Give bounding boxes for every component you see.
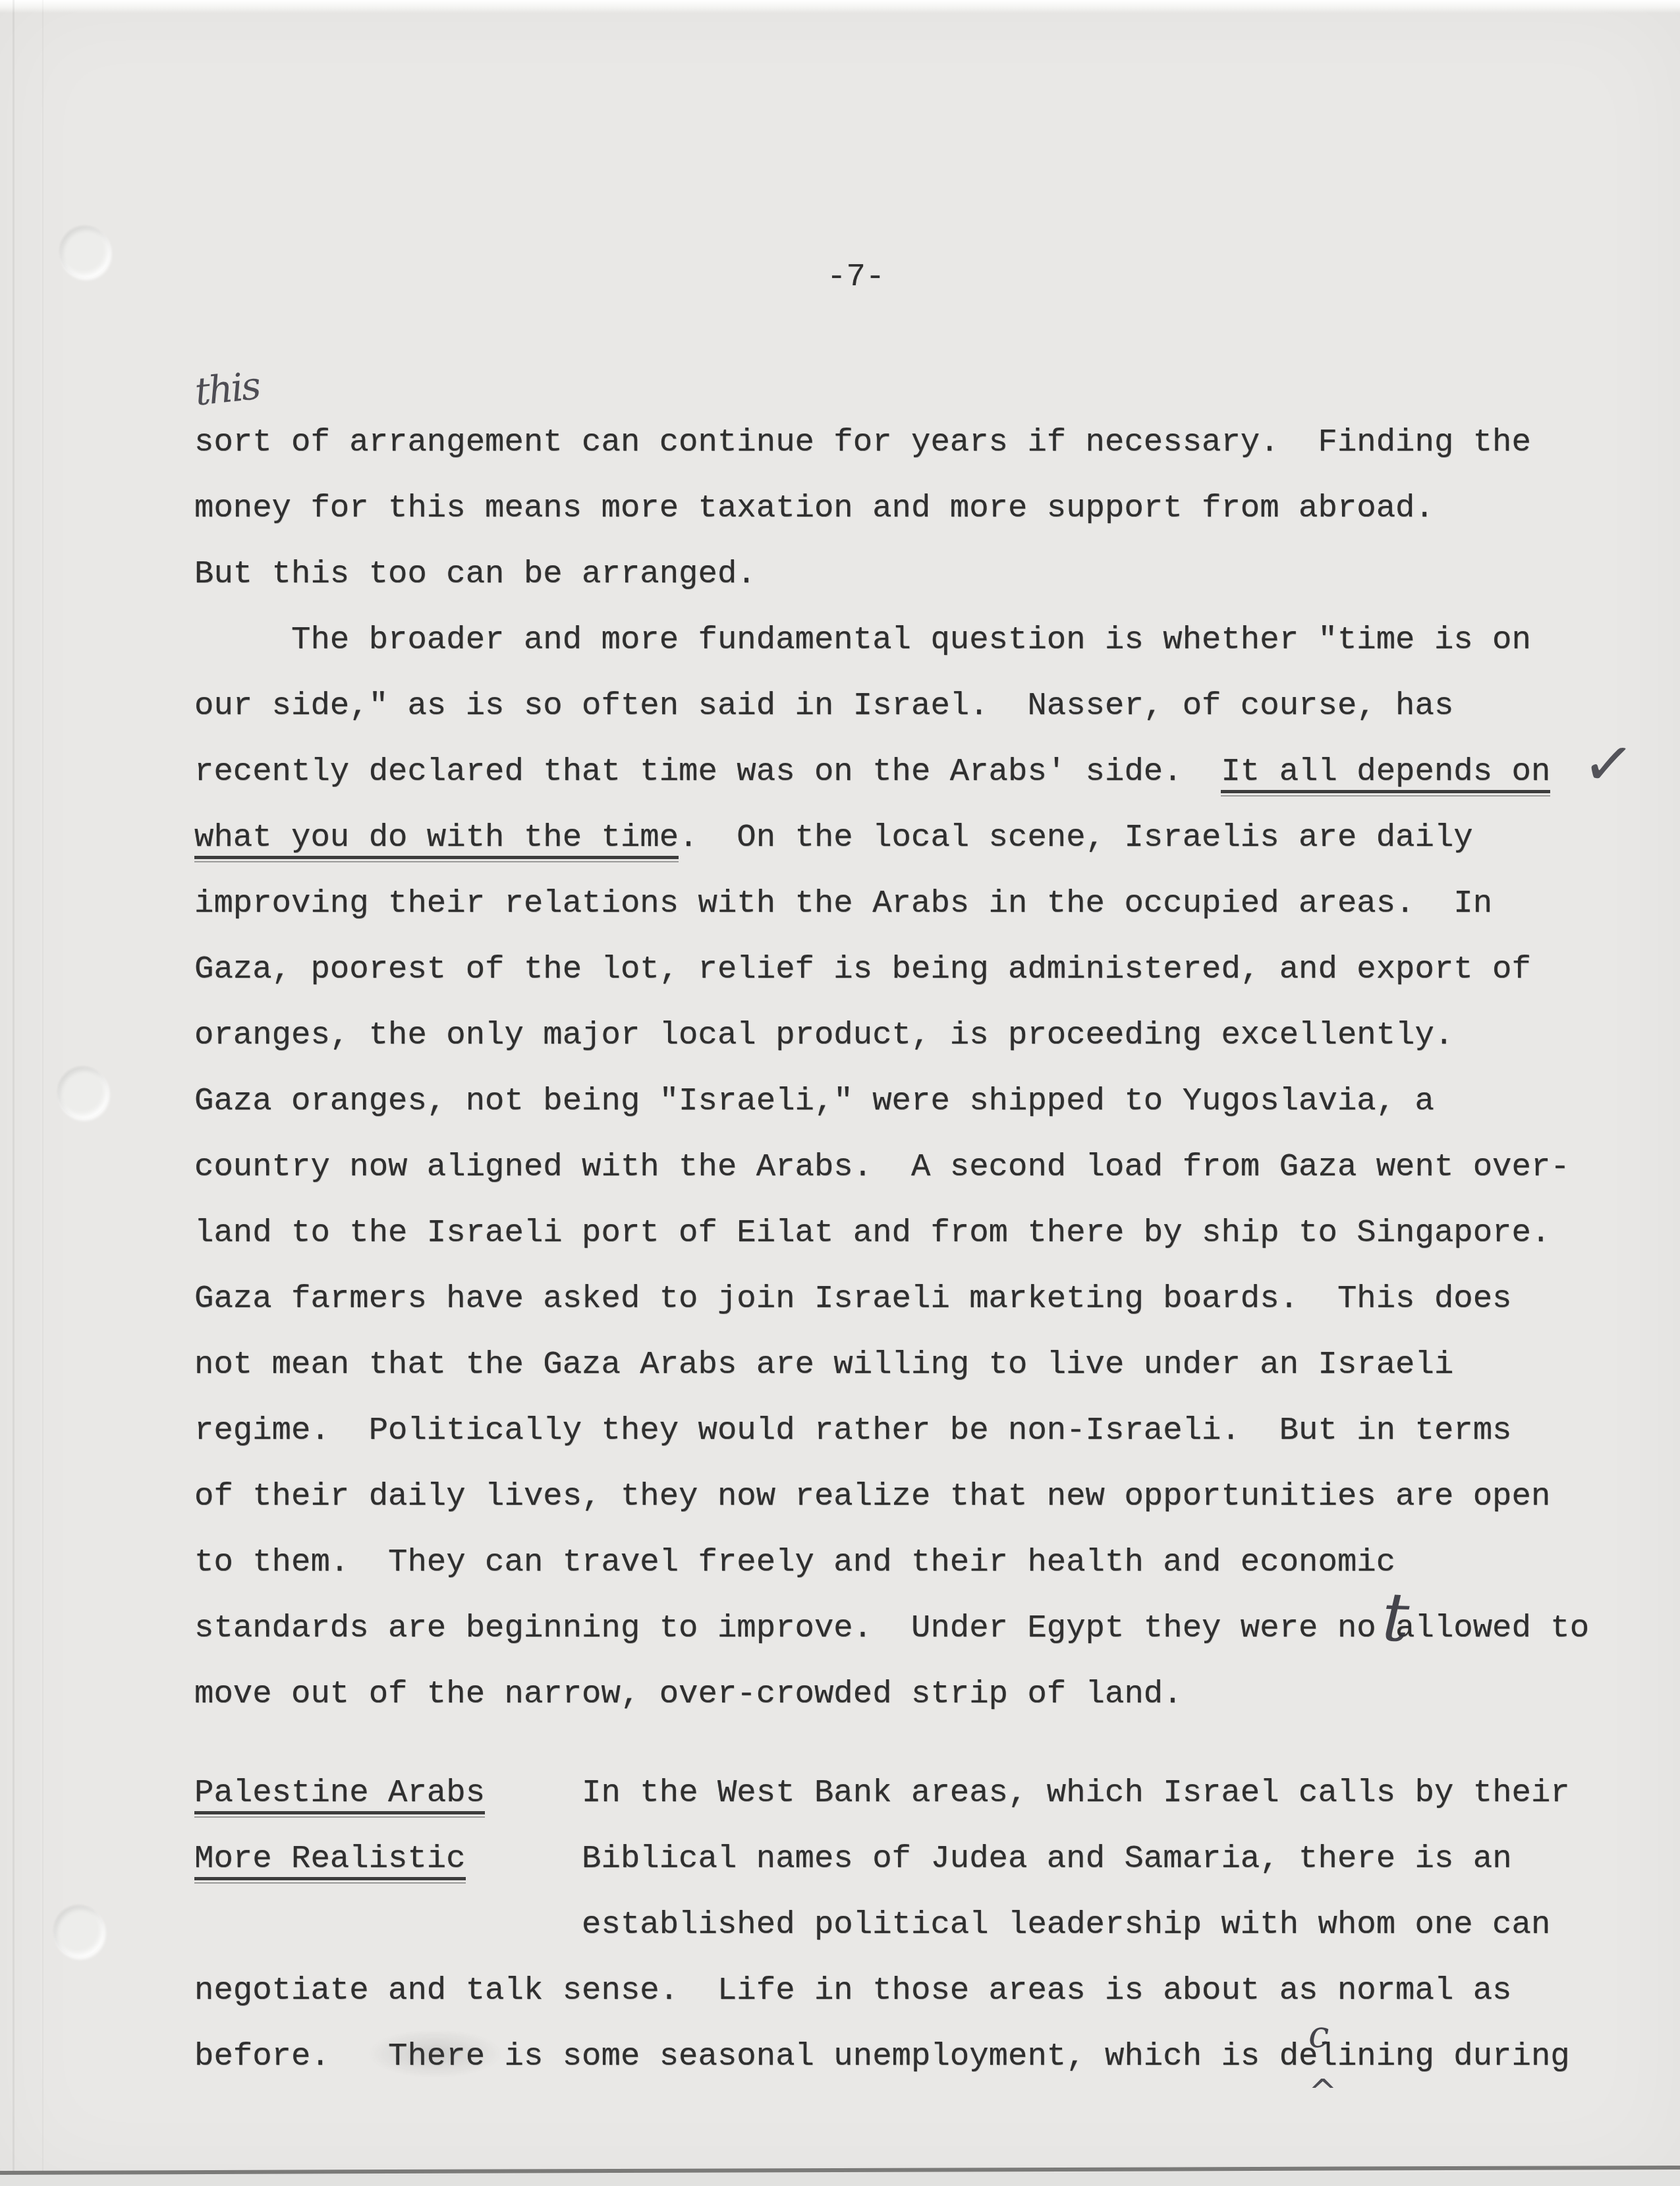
scanned-page: -7- sort of arrangement can continue for… [0, 0, 1680, 2186]
handwritten-t-annotation: t [1381, 1578, 1411, 1657]
paper-crease-line [42, 0, 43, 2186]
line-text: But this too can be arranged. [194, 555, 756, 592]
line-text: money for this means more taxation and m… [194, 490, 1434, 526]
paper-crease-line [13, 0, 14, 2186]
overtype-smudge [368, 2029, 503, 2078]
line-text: oranges, the only major local product, i… [194, 1017, 1453, 1053]
page-number: -7- [827, 258, 885, 296]
text-line: Gaza farmers have asked to join Israeli … [194, 1280, 1512, 1318]
line-text: land to the Israeli port of Eilat and fr… [194, 1214, 1550, 1251]
text-line: not mean that the Gaza Arabs are willing… [194, 1346, 1453, 1384]
line-text: standards are beginning to improve. Unde… [194, 1610, 1589, 1646]
punch-hole [54, 1906, 104, 1957]
text-line: Gaza, poorest of the lot, relief is bein… [194, 951, 1531, 988]
checkmark-icon: ✓ [1579, 726, 1638, 803]
punch-hole [58, 1067, 108, 1119]
line-text: to them. They can travel freely and thei… [194, 1544, 1395, 1581]
underlined-segment: It all depends on [1221, 753, 1550, 797]
line-text: . On the local scene, Israelis are daily [679, 819, 1473, 856]
line-text: The broader and more fundamental questio… [194, 621, 1531, 658]
handwritten-this-annotation: this [193, 363, 262, 414]
text-line: land to the Israeli port of Eilat and fr… [194, 1214, 1550, 1252]
text-line: regime. Politically they would rather be… [194, 1412, 1512, 1449]
handwritten-c-annotation: c [1308, 2013, 1329, 2056]
text-line: of their daily lives, they now realize t… [194, 1478, 1550, 1515]
text-line: money for this means more taxation and m… [194, 490, 1434, 527]
line-text: Gaza farmers have asked to join Israeli … [194, 1280, 1512, 1317]
line-text: not mean that the Gaza Arabs are willing… [194, 1346, 1453, 1383]
line-text: of their daily lives, they now realize t… [194, 1478, 1550, 1515]
text-line: Gaza oranges, not being "Israeli," were … [194, 1082, 1434, 1120]
punch-hole [60, 227, 110, 278]
scan-top-edge [0, 0, 1680, 13]
text-line: The broader and more fundamental questio… [194, 621, 1531, 659]
line-text: sort of arrangement can continue for yea… [194, 424, 1531, 461]
line-text: Biblical names of Judea and Samaria, the… [466, 1840, 1512, 1877]
line-text: our side," as is so often said in Israel… [194, 687, 1453, 724]
line-text: recently declared that time was on the A… [194, 753, 1221, 790]
line-text: improving their relations with the Arabs… [194, 885, 1492, 922]
line-text: Gaza oranges, not being "Israeli," were … [194, 1082, 1434, 1119]
text-line: our side," as is so often said in Israel… [194, 687, 1453, 725]
text-line: recently declared that time was on the A… [194, 753, 1550, 797]
text-line: But this too can be arranged. [194, 555, 756, 593]
text-line-section-heading: Palestine Arabs In the West Bank areas, … [194, 1774, 1570, 1818]
underlined-segment: More Realistic [194, 1840, 466, 1884]
text-line: negotiate and talk sense. Life in those … [194, 1972, 1512, 2009]
text-line: standards are beginning to improve. Unde… [194, 1610, 1589, 1647]
text-line: improving their relations with the Arabs… [194, 885, 1492, 922]
text-line: what you do with the time. On the local … [194, 819, 1473, 862]
text-line: country now aligned with the Arabs. A se… [194, 1148, 1570, 1186]
underlined-segment: what you do with the time [194, 819, 679, 862]
text-line: sort of arrangement can continue for yea… [194, 424, 1531, 461]
line-text: negotiate and talk sense. Life in those … [194, 1972, 1512, 2009]
underlined-segment: Palestine Arabs [194, 1774, 485, 1818]
line-text: country now aligned with the Arabs. A se… [194, 1148, 1570, 1185]
text-line: to them. They can travel freely and thei… [194, 1544, 1395, 1581]
line-text: regime. Politically they would rather be… [194, 1412, 1512, 1449]
text-line-section-heading: More Realistic Biblical names of Judea a… [194, 1840, 1512, 1884]
line-text: established political leadership with wh… [194, 1906, 1550, 1943]
line-text: In the West Bank areas, which Israel cal… [485, 1774, 1570, 1811]
scan-bottom-edge [0, 2172, 1680, 2186]
line-text: Gaza, poorest of the lot, relief is bein… [194, 951, 1531, 988]
line-text: move out of the narrow, over-crowded str… [194, 1675, 1183, 1712]
text-line: oranges, the only major local product, i… [194, 1017, 1453, 1054]
text-line: move out of the narrow, over-crowded str… [194, 1675, 1183, 1713]
text-line: established political leadership with wh… [194, 1906, 1550, 1944]
caret-annotation: ^ [1308, 2073, 1337, 2112]
